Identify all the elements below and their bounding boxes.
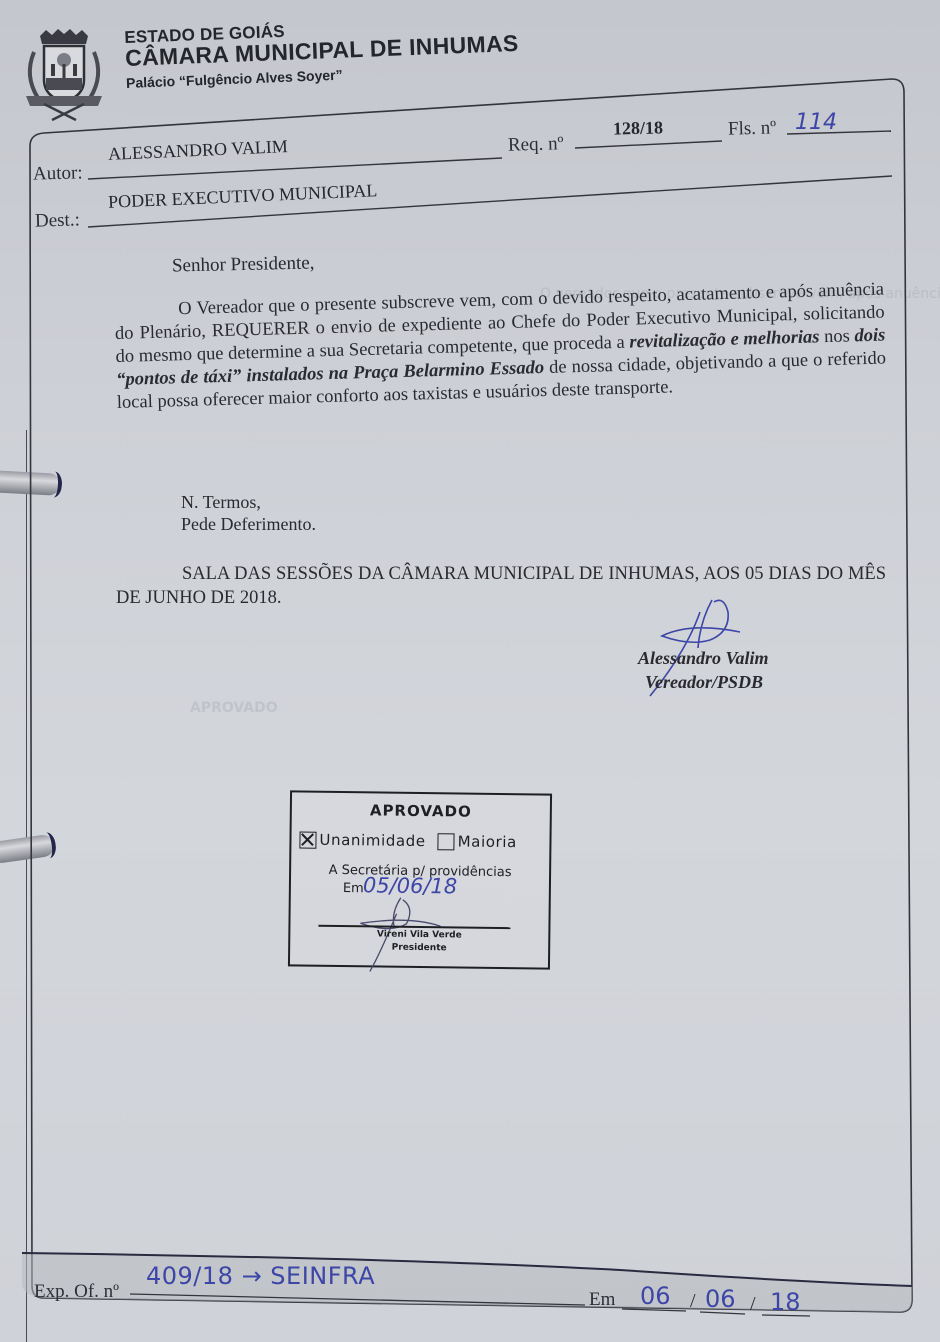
salutation: Senhor Presidente, — [172, 253, 315, 278]
body-emphasis-1: revitalização e melhorias — [629, 327, 820, 352]
document-page: ESTADO DE GOIÁS CÂMARA MUNICIPAL DE INHU… — [0, 0, 940, 1342]
exp-label: Exp. Of. nº — [34, 1281, 119, 1303]
signer-role: Vereador/PSDB — [645, 672, 763, 693]
stamp-title: APROVADO — [292, 800, 550, 821]
req-number: 128/18 — [613, 117, 664, 139]
unanimity-checkbox — [299, 831, 316, 848]
page-edge-line — [26, 430, 27, 1342]
unanimity-label: Unanimidade — [319, 831, 425, 850]
author-value: ALESSANDRO VALIM — [108, 136, 289, 165]
fls-label: Fls. nº — [728, 117, 777, 140]
letterhead: ESTADO DE GOIÁS CÂMARA MUNICIPAL DE INHU… — [124, 13, 520, 91]
em-month-handwritten: 06 — [705, 1285, 736, 1313]
president-role: Presidente — [290, 941, 548, 954]
president-name: Vireni Vila Verde — [290, 928, 548, 941]
req-label: Req. nº — [508, 133, 564, 156]
em-label: Em — [589, 1289, 615, 1311]
vote-options: Unanimidade Maioria — [299, 831, 517, 852]
show-through-stamp: APROVADO — [190, 700, 278, 716]
signer-name: Alessandro Valim — [638, 648, 769, 669]
binder-ring-icon — [0, 470, 61, 496]
fls-number-handwritten: 114 — [795, 110, 837, 135]
binder-ring-icon — [0, 834, 55, 865]
approval-stamp: APROVADO Unanimidade Maioria A Secretári… — [288, 790, 552, 969]
em-day-handwritten: 06 — [640, 1282, 671, 1310]
dest-value: PODER EXECUTIVO MUNICIPAL — [108, 180, 378, 213]
date-separator: / — [690, 1290, 696, 1313]
majority-label: Maioria — [458, 832, 517, 851]
coat-of-arms-icon — [18, 26, 110, 122]
author-label: Autor: — [33, 162, 83, 185]
place-and-date: SALA DAS SESSÕES DA CÂMARA MUNICIPAL DE … — [116, 562, 886, 610]
em-year-handwritten: 18 — [770, 1288, 801, 1316]
date-separator: / — [750, 1293, 756, 1316]
closing-terms: N. Termos, — [181, 492, 261, 513]
body-text-2: nos — [819, 326, 855, 347]
letter-body: O Vereador que o presente subscreve vem,… — [114, 279, 887, 415]
exp-number-handwritten: 409/18 → SEINFRA — [146, 1262, 375, 1290]
majority-checkbox — [438, 833, 455, 850]
closing-request: Pede Deferimento. — [181, 514, 316, 535]
dest-label: Dest.: — [35, 209, 80, 232]
